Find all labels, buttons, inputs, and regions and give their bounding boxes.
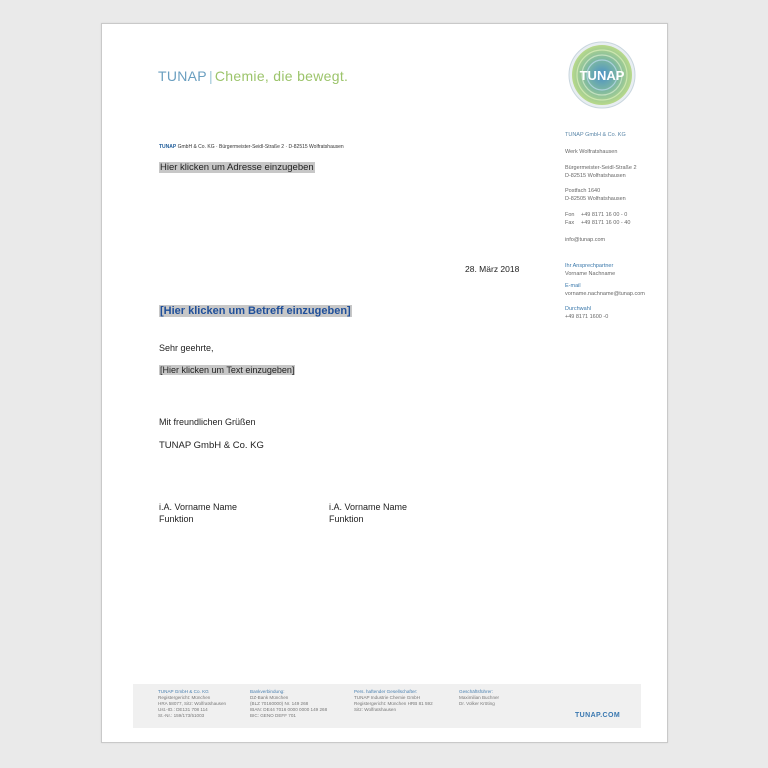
footer-website-link[interactable]: TUNAP.COM	[575, 712, 620, 719]
sidebar-werk: Werk Wolfratshausen	[565, 149, 617, 157]
closing-phrase: Mit freundlichen Grüßen	[159, 417, 256, 427]
contact-name: Vorname Nachname	[565, 271, 615, 279]
email-value[interactable]: vorname.nachname@tunap.com	[565, 291, 645, 299]
greeting: Sehr geehrte,	[159, 343, 214, 353]
sidebar-postfach: Postfach 1640 D-82505 Wolfratshausen	[565, 188, 626, 203]
signature-block-1: i.A. Vorname Name Funktion	[159, 501, 237, 525]
sidebar-postfach-city: D-82505 Wolfratshausen	[565, 196, 626, 204]
brand-tagline: Chemie, die bewegt.	[215, 68, 348, 84]
fax-label: Fax	[565, 220, 581, 228]
svg-text:TUNAP: TUNAP	[580, 68, 625, 83]
dial-value: +49 8171 1600 -0	[565, 314, 608, 322]
sidebar-email: E-mail vorname.nachname@tunap.com	[565, 283, 645, 298]
footer-line: Dr. Volker Kröting	[459, 701, 499, 707]
sidebar-street: Bürgermeister-Seidl-Straße 2	[565, 165, 637, 173]
subject-placeholder-field[interactable]: [Hier klicken um Betreff einzugeben]	[159, 305, 352, 317]
sidebar-contact: Ihr Ansprechpartner Vorname Nachname	[565, 263, 615, 278]
footer-bank-column: Bankverbindung: DZ-Bank München (BLZ 701…	[250, 689, 327, 719]
email-label: E-mail	[565, 283, 645, 291]
signature-block-2: i.A. Vorname Name Funktion	[329, 501, 407, 525]
sidebar-general-email[interactable]: info@tunap.com	[565, 237, 605, 245]
signature-name: i.A. Vorname Name	[159, 501, 237, 513]
footer-company-column: TUNAP GmbH & Co. KG Registergericht: Mün…	[158, 689, 226, 719]
sidebar-city: D-82515 Wolfratshausen	[565, 173, 637, 181]
signature-name: i.A. Vorname Name	[329, 501, 407, 513]
footer-line: Sitz: Wolfratshausen	[354, 707, 433, 713]
closing-company: TUNAP GmbH & Co. KG	[159, 440, 264, 451]
sender-company: TUNAP	[159, 144, 176, 150]
letterhead-brand: TUNAP|Chemie, die bewegt.	[158, 68, 348, 84]
signature-role: Funktion	[329, 513, 407, 525]
contact-label: Ihr Ansprechpartner	[565, 263, 615, 271]
fax-value: +49 8171 16 00 - 40	[581, 220, 630, 226]
letter-footer: TUNAP GmbH & Co. KG Registergericht: Mün…	[133, 684, 641, 728]
sidebar-phone-fax: Fon+49 8171 16 00 - 0 Fax+49 8171 16 00 …	[565, 212, 630, 227]
signature-role: Funktion	[159, 513, 237, 525]
sidebar-direct-dial: Durchwahl +49 8171 1600 -0	[565, 306, 608, 321]
brand-name: TUNAP	[158, 68, 207, 84]
dial-label: Durchwahl	[565, 306, 608, 314]
letter-date: 28. März 2018	[465, 264, 519, 274]
sender-return-line: TUNAP GmbH & Co. KG · Bürgermeister-Seid…	[159, 144, 344, 150]
address-placeholder-field[interactable]: Hier klicken um Adresse einzugeben	[159, 162, 315, 173]
sidebar-postfach-number: Postfach 1640	[565, 188, 626, 196]
footer-management-column: Geschäftsführer: Maximilian Buchner Dr. …	[459, 689, 499, 707]
sidebar-company: TUNAP GmbH & Co. KG	[565, 132, 626, 140]
footer-line: St.-Nr.: 159/173/51003	[158, 713, 226, 719]
tunap-logo-icon: TUNAP	[567, 40, 637, 110]
footer-line: BIC: GENO DEFF 701	[250, 713, 327, 719]
footer-partner-column: Pers. haftender Gesellschafter: TUNAP In…	[354, 689, 433, 713]
sidebar-address: Bürgermeister-Seidl-Straße 2 D-82515 Wol…	[565, 165, 637, 180]
phone-label: Fon	[565, 212, 581, 220]
body-text-placeholder-field[interactable]: [Hier klicken um Text einzugeben]	[159, 365, 295, 375]
brand-separator: |	[209, 68, 213, 84]
sender-address: GmbH & Co. KG · Bürgermeister-Seidl-Stra…	[176, 144, 343, 150]
letter-page: TUNAP|Chemie, die bewegt. TUNAP TUNAP Gm…	[101, 23, 668, 743]
phone-value: +49 8171 16 00 - 0	[581, 212, 627, 218]
tunap-logo: TUNAP	[567, 40, 637, 110]
